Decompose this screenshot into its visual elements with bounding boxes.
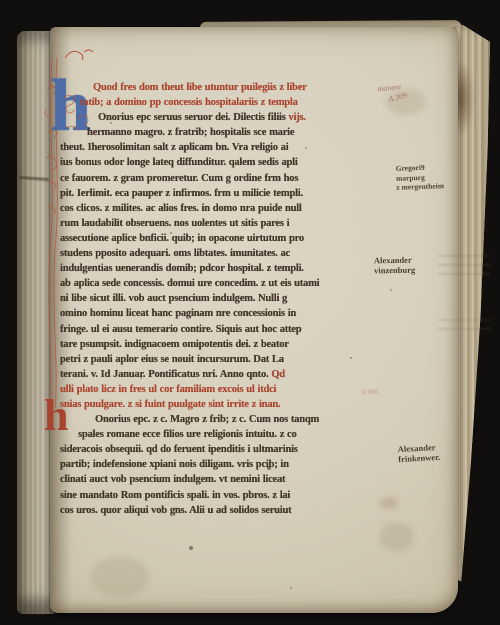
text-line: sine mandato Rom pontificis spali. in vo… — [60, 488, 372, 503]
text-line: sideracois obsequii. qd do feruent ipend… — [60, 442, 372, 457]
marginal-note-faint-red: 9.906. — [362, 387, 380, 398]
text-block: Quod fres dom theut libe utuntur puilegi… — [60, 80, 372, 518]
text-line: spales romane ecce filios ure religionis… — [60, 427, 372, 442]
text-line: ius bonus odor longe lateq diffunditur. … — [60, 155, 372, 170]
marginal-note-gregori: Gregori9 marpurg z mergentheim — [396, 162, 445, 192]
text-line: clinati auct vob psencium indulgem. vt n… — [60, 472, 372, 487]
binding-left-pages — [17, 31, 54, 614]
text-line: partib; indefensione xpiani nois diligam… — [60, 457, 372, 472]
marginal-note-frinkenwer: Alexander frinkenwer. — [398, 443, 441, 464]
ink-specks — [50, 27, 52, 29]
text-line: ni libe sicut illi. vob auct psencium in… — [60, 291, 372, 306]
parchment-stain — [90, 557, 150, 597]
text-line: Quod fres dom theut libe utuntur puilegi… — [60, 80, 372, 95]
text-line: theut. Iherosolimitan salt z aplicam bn.… — [60, 140, 372, 155]
text-line: Onorius epc. z c. Magro z frib; z c. Cum… — [60, 412, 372, 427]
text-line: petri z pauli aplor eius se nouit incurs… — [60, 352, 372, 367]
text-line: cos uros. quor aliqui vob gns. Alii u ad… — [60, 503, 372, 518]
text-line: studens pposito adequari. oms libtates. … — [60, 246, 372, 261]
text-line: fringe. ul ei ausu temerario contire. Si… — [60, 322, 372, 337]
parchment-stain — [380, 522, 414, 552]
text-line: Onorius epc seruus seruor dei. Dilectis … — [60, 110, 372, 125]
text-line: rum laudabilit obseruens. nos uolentes u… — [60, 216, 372, 231]
text-line: ce fauorem. z gram promeretur. Cum g ord… — [60, 171, 372, 186]
erased-marginal-note — [438, 255, 490, 281]
text-line-rubric: ulli plato licz in fres ul cor familiam … — [60, 382, 372, 397]
text-line: assecutione aplice bnficii. quib; in opa… — [60, 231, 372, 246]
text-line: indulgentias uenerandis domib; pdcor hos… — [60, 261, 372, 276]
text-line: hermanno magro. z fratrib; hospitalis sc… — [60, 125, 372, 140]
parchment-stain — [380, 497, 398, 509]
text-line: tare psumpsit. indignacoem omipotentis d… — [60, 337, 372, 352]
text-line: ab aplica sede concessis. domui ure conc… — [60, 276, 372, 291]
text-line: tatib; a domino pp concessis hospitalari… — [60, 95, 372, 110]
shelfmark-annotation: manere A 309 — [377, 81, 408, 106]
erased-marginal-note — [438, 319, 492, 337]
manuscript-photo: { "colors": { "background": "#100f0d", "… — [0, 0, 500, 625]
text-line-rubric: snias puulgare. z si fuint puulgate sint… — [60, 397, 372, 412]
binding-scratch-mark — [19, 176, 49, 181]
text-line: pit. Ierlimit. eca pauper z infirmos. fr… — [60, 186, 372, 201]
text-line: omino hominu liceat hanc paginam nre con… — [60, 306, 372, 321]
marginal-note-vinzenburg: Alexander vinzenburg — [374, 256, 415, 276]
text-line: cos clicos. z milites. ac alios fres. in… — [60, 201, 372, 216]
text-line: terani. v. Id Januar. Pontificatus nri. … — [60, 367, 372, 382]
